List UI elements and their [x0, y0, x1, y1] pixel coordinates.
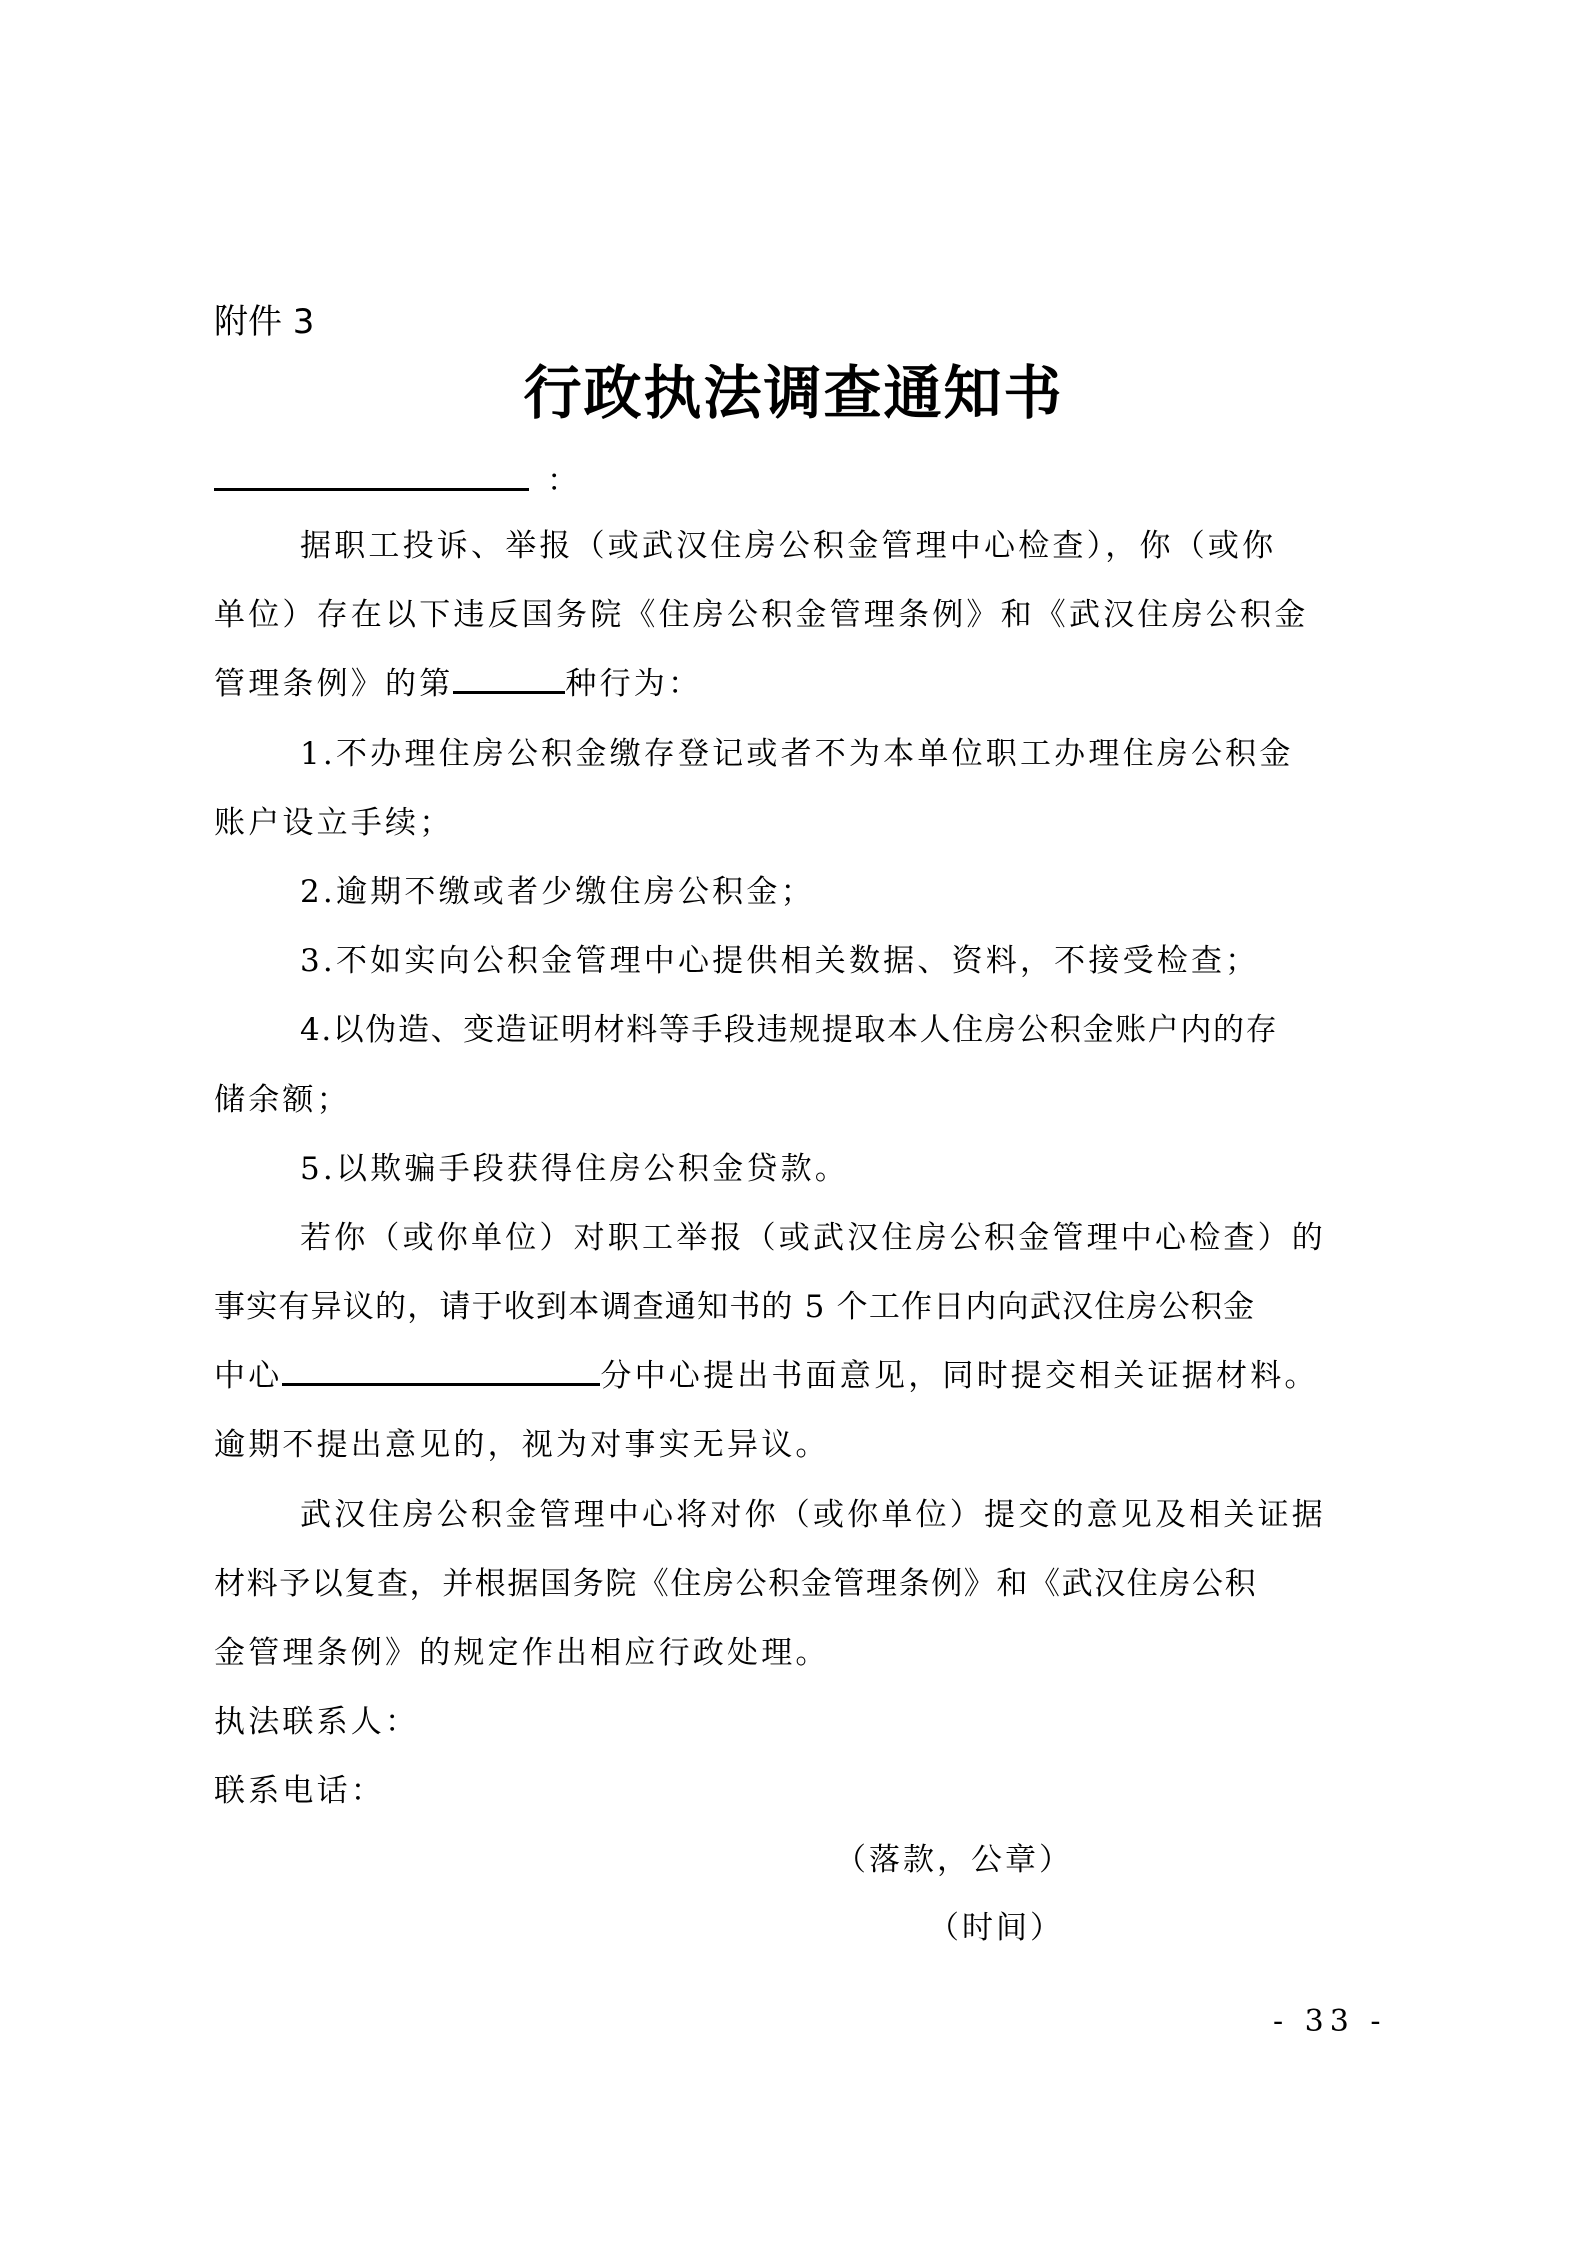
- paragraph3-line1: 武汉住房公积金管理中心将对你（或你单位）提交的意见及相关证据: [214, 1481, 1394, 1550]
- paragraph2-line2: 事实有异议的，请于收到本调查通知书的 5 个工作日内向武汉住房公积金: [214, 1273, 1394, 1342]
- paragraph1-line3-after: 种行为：: [565, 666, 702, 702]
- item4-line2: 储余额；: [214, 1066, 1394, 1135]
- item1-line2: 账户设立手续；: [214, 789, 1394, 858]
- addressee-blank[interactable]: [214, 452, 529, 491]
- contact-person-label: 执法联系人：: [214, 1688, 1394, 1757]
- paragraph2-line3: 中心分中心提出书面意见，同时提交相关证据材料。: [214, 1342, 1394, 1411]
- paragraph2-line3-before: 中心: [214, 1358, 282, 1394]
- item1-line1: 1.不办理住房公积金缴存登记或者不为本单位职工办理住房公积金: [214, 720, 1394, 789]
- contact-phone-label: 联系电话：: [214, 1757, 1394, 1826]
- paragraph1-line3: 管理条例》的第种行为：: [214, 650, 1394, 719]
- violation-number-blank[interactable]: [453, 661, 565, 694]
- page-number: - 33 -: [1273, 2000, 1387, 2044]
- item3: 3.不如实向公积金管理中心提供相关数据、资料，不接受检查；: [214, 927, 1394, 996]
- item2: 2.逾期不缴或者少缴住房公积金；: [214, 858, 1394, 927]
- page-title: 行政执法调查通知书: [0, 358, 1587, 428]
- date-placeholder: （时间）: [928, 1906, 1064, 1950]
- addressee-colon: ：: [547, 459, 578, 503]
- item5: 5.以欺骗手段获得住房公积金贷款。: [214, 1135, 1394, 1204]
- paragraph1-line1: 据职工投诉、举报（或武汉住房公积金管理中心检查），你（或你: [214, 512, 1394, 581]
- addressee-line: ：: [214, 452, 578, 496]
- paragraph1-line2: 单位）存在以下违反国务院《住房公积金管理条例》和《武汉住房公积金: [214, 581, 1394, 650]
- document-body: 据职工投诉、举报（或武汉住房公积金管理中心检查），你（或你 单位）存在以下违反国…: [214, 512, 1394, 1827]
- signature-seal: （落款，公章）: [835, 1838, 1073, 1882]
- document-page: 附件 3 行政执法调查通知书 ： 据职工投诉、举报（或武汉住房公积金管理中心检查…: [0, 0, 1587, 2245]
- paragraph1-line3-before: 管理条例》的第: [214, 666, 453, 702]
- paragraph2-line4: 逾期不提出意见的，视为对事实无异议。: [214, 1411, 1394, 1480]
- item4-line1: 4.以伪造、变造证明材料等手段违规提取本人住房公积金账户内的存: [214, 996, 1394, 1065]
- paragraph3-line3: 金管理条例》的规定作出相应行政处理。: [214, 1619, 1394, 1688]
- attachment-label: 附件 3: [214, 300, 314, 344]
- branch-center-blank[interactable]: [282, 1353, 600, 1386]
- paragraph2-line3-after: 分中心提出书面意见，同时提交相关证据材料。: [600, 1358, 1318, 1394]
- paragraph2-line1: 若你（或你单位）对职工举报（或武汉住房公积金管理中心检查）的: [214, 1204, 1394, 1273]
- paragraph3-line2: 材料予以复查，并根据国务院《住房公积金管理条例》和《武汉住房公积: [214, 1550, 1394, 1619]
